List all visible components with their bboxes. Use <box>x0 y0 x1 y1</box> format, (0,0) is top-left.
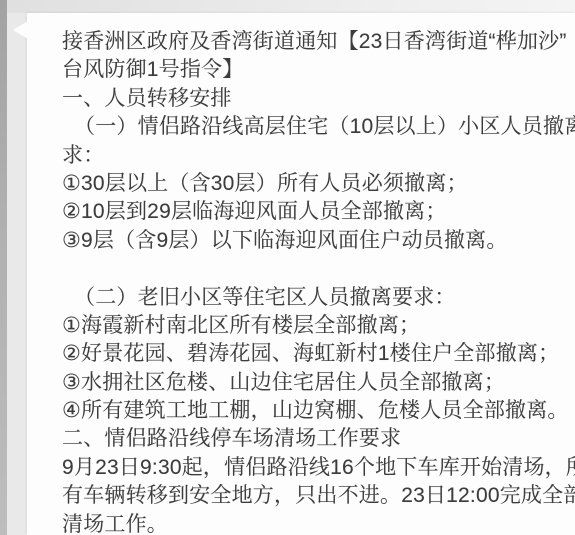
document-line: 一、人员转移安排 <box>62 85 575 113</box>
document-line: ④所有建筑工地工棚，山边窝棚、危楼人员全部撤离。 <box>62 397 575 425</box>
document-line: ①海霞新村南北区所有楼层全部撤离； <box>62 312 575 340</box>
frame-top-band <box>7 0 575 13</box>
document-line: ②好景花园、碧涛花园、海虹新村1楼住户全部撤离； <box>62 340 575 368</box>
document-body: 接香洲区政府及香湾街道通知【23日香湾街道“桦加沙”台风防御1号指令】一、人员转… <box>62 28 575 535</box>
document-line: 9月23日9:30起，情侣路沿线16个地下车库开始清场，所 <box>62 454 575 482</box>
document-page: 接香洲区政府及香湾街道通知【23日香湾街道“桦加沙”台风防御1号指令】一、人员转… <box>27 13 575 535</box>
document-line: （一）情侣路沿线高层住宅（10层以上）小区人员撤离要 <box>62 113 575 141</box>
document-line: ①30层以上（含30层）所有人员必须撤离； <box>62 170 575 198</box>
document-line: ③水拥社区危楼、山边住宅居住人员全部撤离； <box>62 369 575 397</box>
document-blank-line <box>62 255 575 283</box>
document-line: 接香洲区政府及香湾街道通知【23日香湾街道“桦加沙” <box>62 28 575 56</box>
page-corner-notch <box>13 21 28 39</box>
document-line: 清场工作。 <box>62 511 575 535</box>
document-line: 二、情侣路沿线停车场清场工作要求 <box>62 425 575 453</box>
document-line: （二）老旧小区等住宅区人员撤离要求： <box>62 284 575 312</box>
document-line: ②10层到29层临海迎风面人员全部撤离； <box>62 198 575 226</box>
document-line: 台风防御1号指令】 <box>62 56 575 84</box>
document-line: ③9层（含9层）以下临海迎风面住户动员撤离。 <box>62 227 575 255</box>
frame-left-light-strip <box>7 0 27 535</box>
document-line: 有车辆转移到安全地方，只出不进。23日12:00完成全部 <box>62 482 575 510</box>
frame-left-dark-strip <box>0 0 7 535</box>
document-line: 求： <box>62 142 575 170</box>
